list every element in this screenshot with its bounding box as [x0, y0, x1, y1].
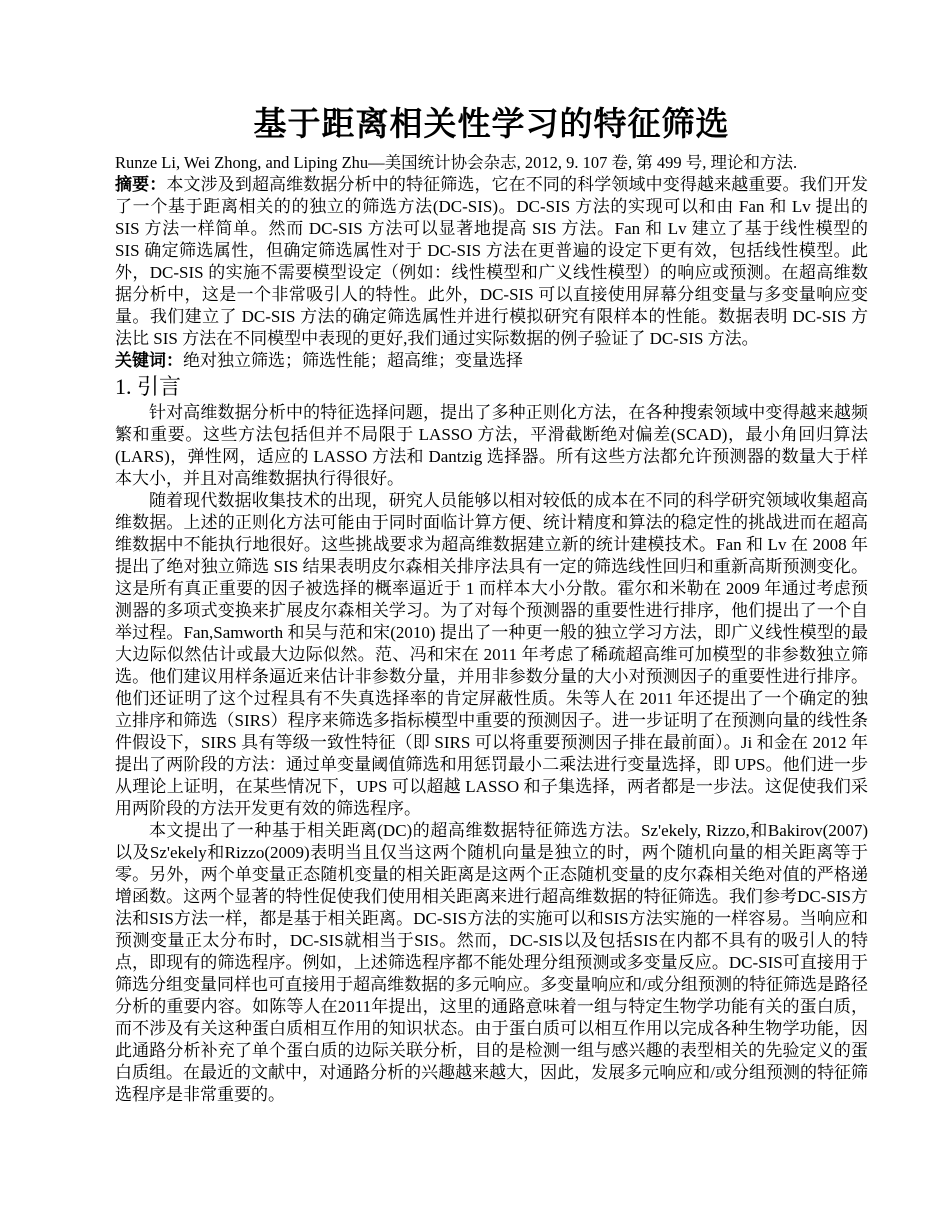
- keywords-line: 关键词：绝对独立筛选；筛选性能；超高维；变量选择: [115, 350, 868, 372]
- abstract-text: 本文涉及到超高维数据分析中的特征筛选，它在不同的科学领域中变得越来越重要。我们开…: [115, 175, 868, 348]
- abstract-label: 摘要：: [115, 175, 166, 194]
- keywords-text: 绝对独立筛选；筛选性能；超高维；变量选择: [183, 351, 523, 370]
- document-page: 基于距离相关性学习的特征筛选 Runze Li, Wei Zhong, and …: [0, 0, 952, 1232]
- intro-paragraph-1: 针对高维数据分析中的特征选择问题，提出了多种正则化方法，在各种搜索领域中变得越来…: [115, 402, 868, 490]
- intro-paragraph-2: 随着现代数据收集技术的出现，研究人员能够以相对较低的成本在不同的科学研究领域收集…: [115, 490, 868, 820]
- section-heading-introduction: 1. 引言: [115, 373, 868, 400]
- intro-paragraph-3: 本文提出了一种基于相关距离(DC)的超高维数据特征筛选方法。Sz'ekely, …: [115, 820, 868, 1106]
- abstract-paragraph: 摘要：本文涉及到超高维数据分析中的特征筛选，它在不同的科学领域中变得越来越重要。…: [115, 174, 868, 350]
- paper-title: 基于距离相关性学习的特征筛选: [115, 104, 868, 146]
- byline: Runze Li, Wei Zhong, and Liping Zhu—美国统计…: [115, 152, 868, 174]
- keywords-label: 关键词：: [115, 351, 183, 370]
